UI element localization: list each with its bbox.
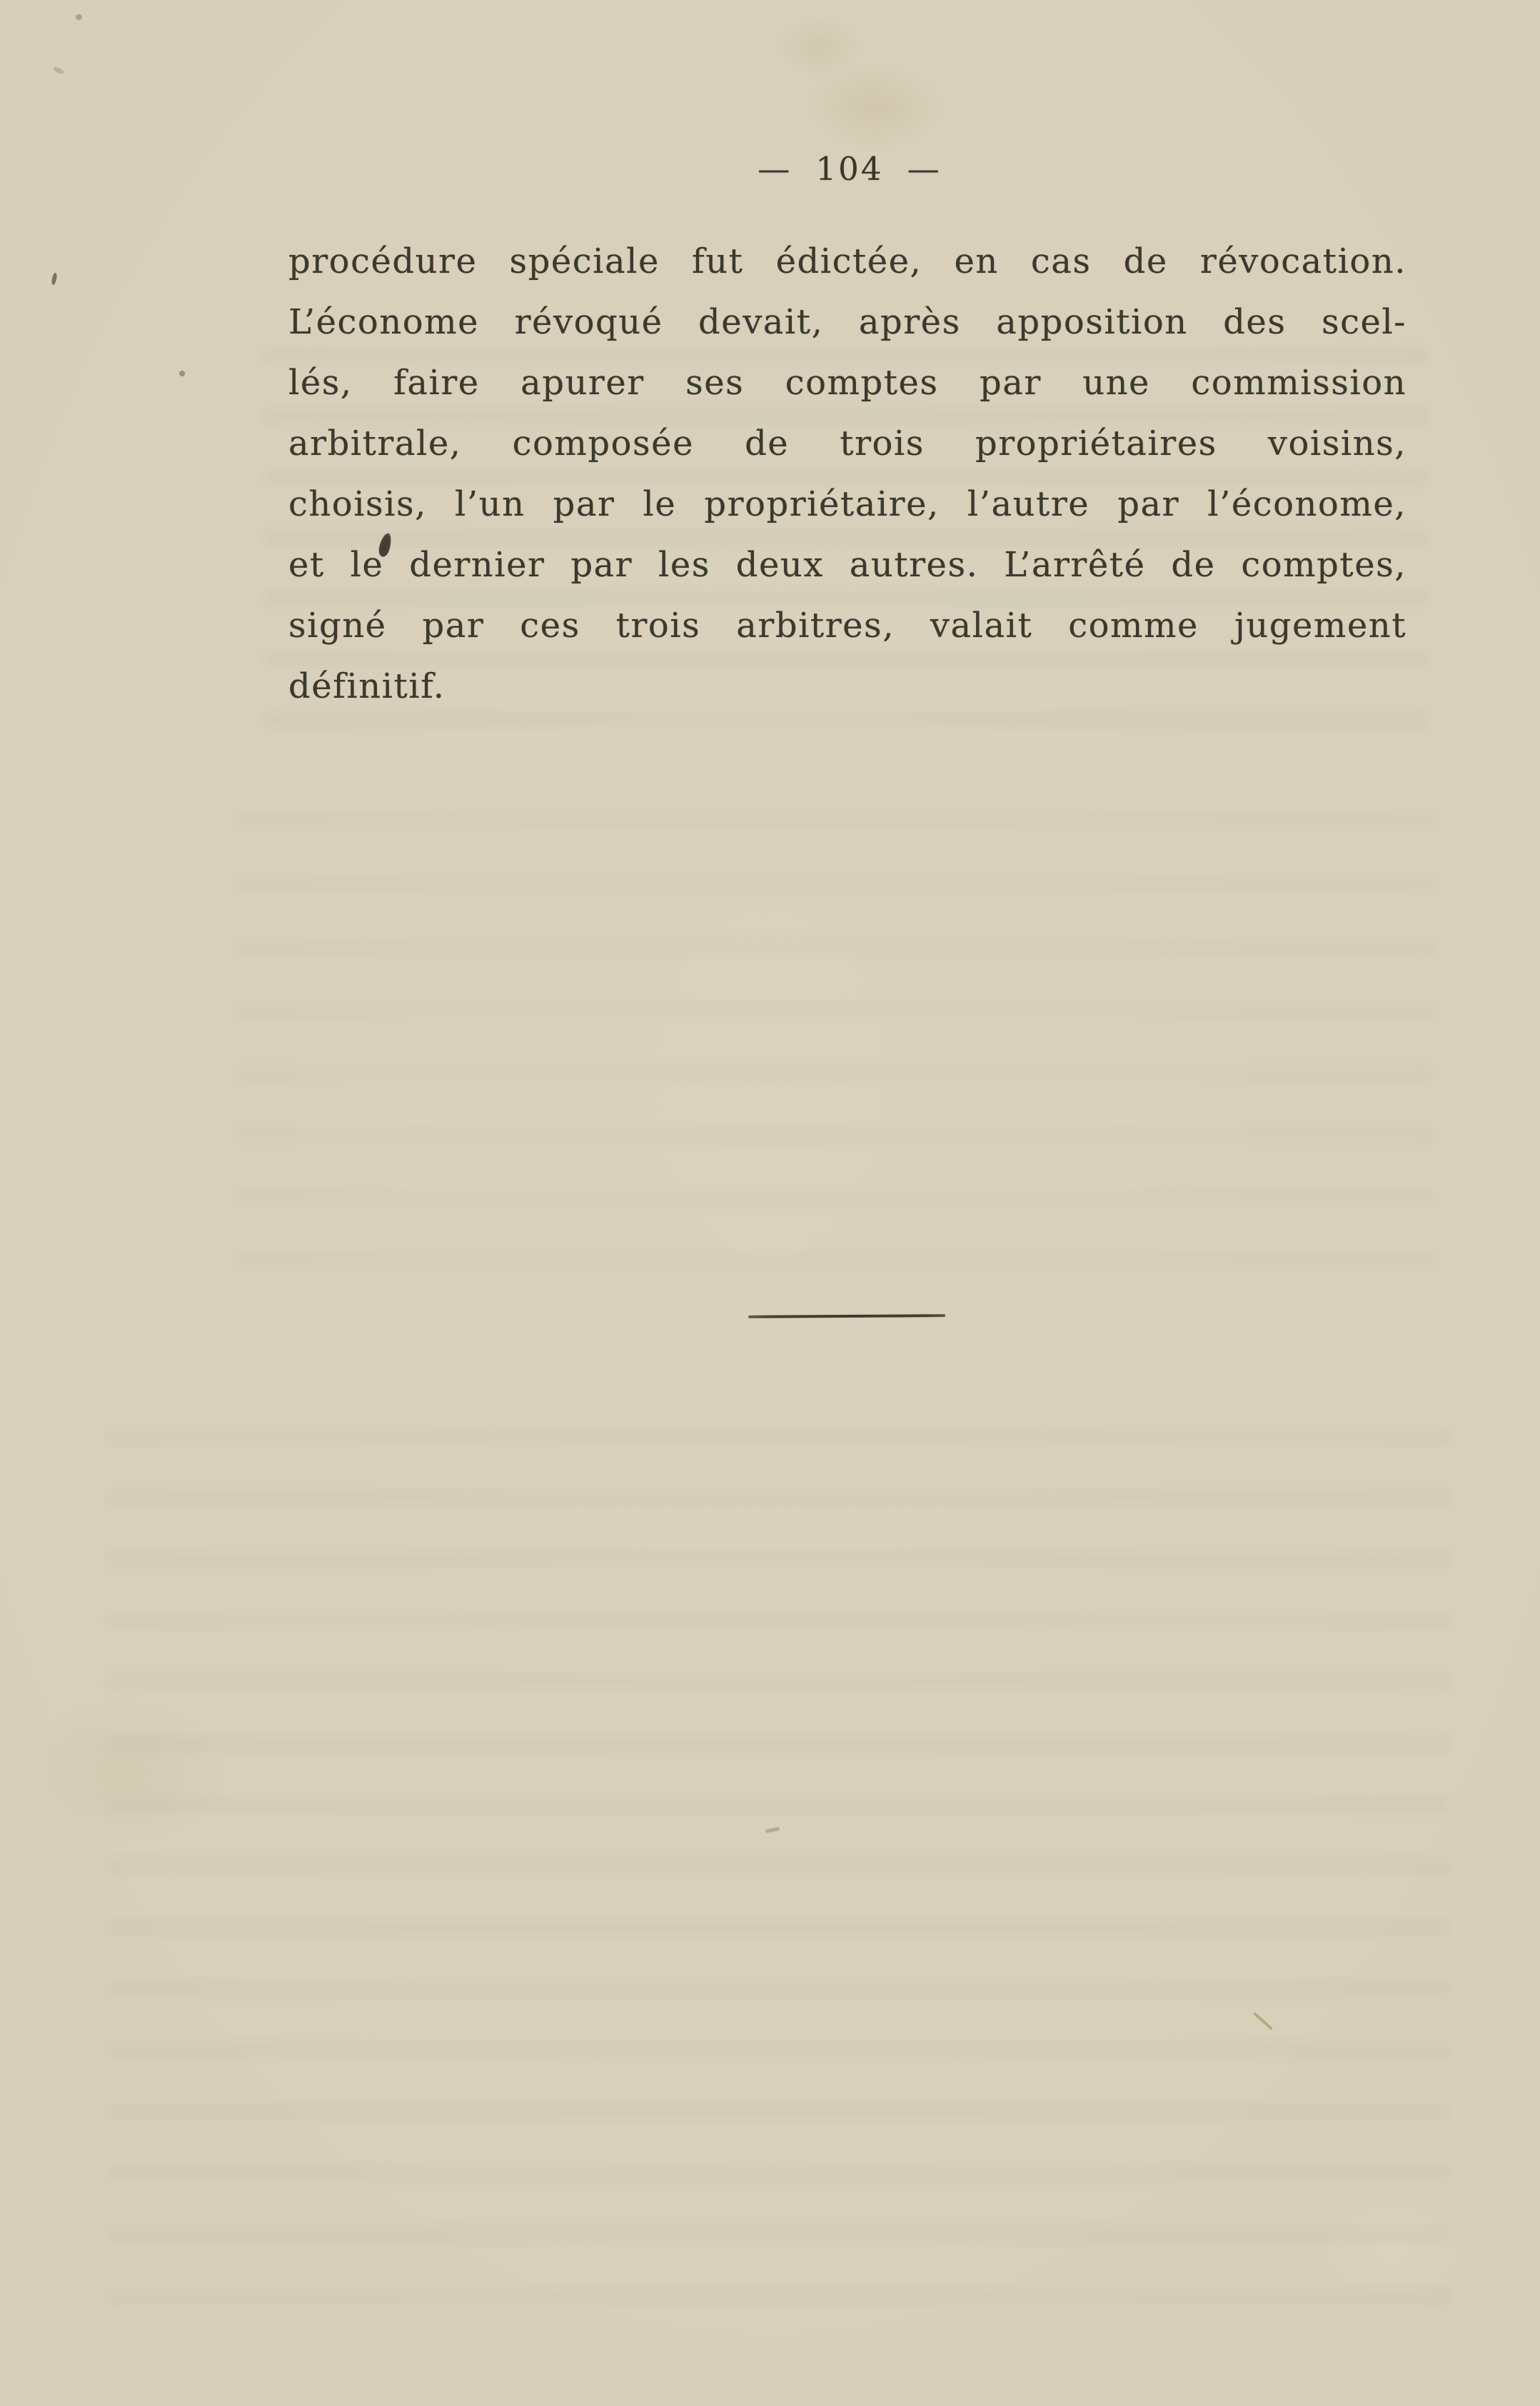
paper-speck [765,1827,780,1833]
paragraph-line: L’économe révoqué devait, après appositi… [288,292,1406,353]
paper-speck [76,14,82,20]
scanned-book-page: { "document": { "language": "French", "p… [0,0,1540,2406]
reverse-side-showthrough [236,775,1435,1275]
paper-fibre [1253,2012,1273,2030]
section-divider-rule [748,1314,945,1318]
paragraph-line: signé par ces trois arbitres, valait com… [288,596,1406,656]
paragraph-line: lés, faire apurer ses comptes par une co… [288,353,1406,413]
paragraph-line: choisis, l’un par le propriétaire, l’aut… [288,474,1406,535]
body-paragraph: procédure spéciale fut édictée, en cas d… [288,231,1406,717]
page-number-header: — 104 — [758,150,942,188]
paragraph-line: définitif. [288,656,1406,717]
paragraph-line: procédure spéciale fut édictée, en cas d… [288,231,1406,292]
reverse-side-showthrough [107,1393,1449,2335]
paragraph-line: arbitrale, composée de trois propriétair… [288,413,1406,474]
paragraph-line: et le dernier par les deux autres. L’arr… [288,535,1406,596]
paper-speck [52,66,64,75]
paper-speck [179,371,185,376]
paper-speck [51,273,57,286]
